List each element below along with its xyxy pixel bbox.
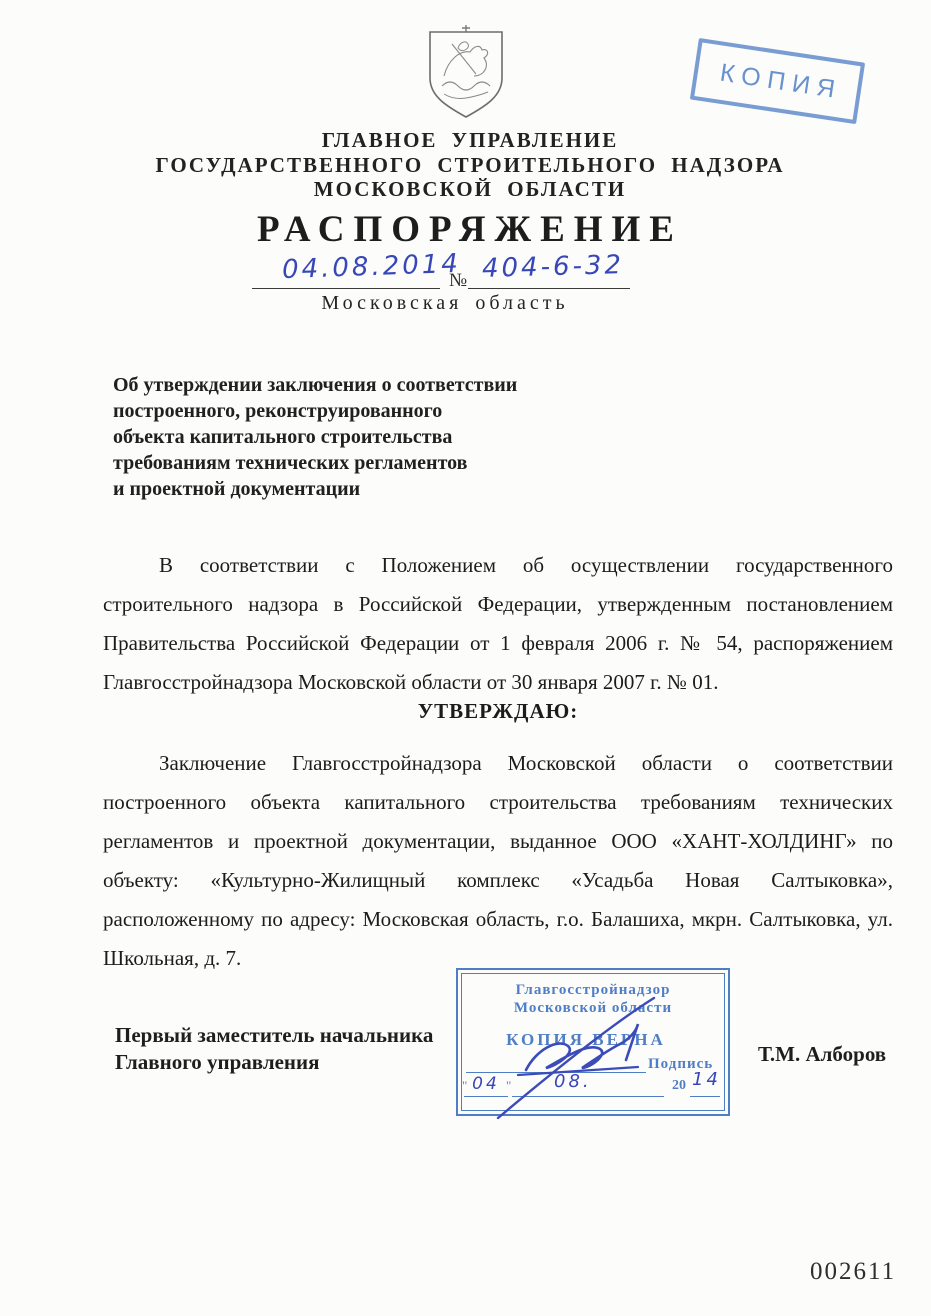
document-title: РАСПОРЯЖЕНИЕ bbox=[60, 208, 880, 251]
copy-stamp: КОПИЯ bbox=[690, 38, 865, 124]
place-line: Московская область bbox=[100, 292, 790, 315]
subject-line: объекта капитального строительства bbox=[113, 424, 593, 450]
subject-line: Об утверждении заключения о соответствии bbox=[113, 372, 593, 398]
approve-heading: УТВЕРЖДАЮ: bbox=[103, 699, 893, 724]
org-line-1: ГЛАВНОЕ УПРАВЛЕНИЕ bbox=[60, 128, 880, 153]
org-line-2: ГОСУДАРСТВЕННОГО СТРОИТЕЛЬНОГО НАДЗОРА bbox=[60, 153, 880, 178]
org-line-3: МОСКОВСКОЙ ОБЛАСТИ bbox=[60, 177, 880, 202]
signer-name: Т.М. Алборов bbox=[758, 1042, 918, 1067]
subject-line: построенного, реконструированного bbox=[113, 398, 593, 424]
subject-line: требованиям технических регламентов bbox=[113, 450, 593, 476]
org-header: ГЛАВНОЕ УПРАВЛЕНИЕ ГОСУДАРСТВЕННОГО СТРО… bbox=[60, 128, 880, 202]
subject-line: и проектной документации bbox=[113, 476, 593, 502]
date-number-line: 04.08.2014 № 404-6-32 bbox=[250, 256, 690, 296]
date-underline bbox=[252, 288, 440, 289]
coat-of-arms-icon bbox=[414, 24, 518, 124]
body-paragraph-2: Заключение Главгосстройнадзора Московско… bbox=[103, 744, 893, 978]
body-paragraph-1: В соответствии с Положением об осуществл… bbox=[103, 546, 893, 702]
signer-position-line-2: Главного управления bbox=[115, 1049, 535, 1076]
handwritten-number: 404-6-32 bbox=[482, 250, 625, 284]
handwritten-date: 04.08.2014 bbox=[282, 249, 462, 285]
signer-position-line-1: Первый заместитель начальника bbox=[115, 1022, 535, 1049]
subject-block: Об утверждении заключения о соответствии… bbox=[113, 372, 593, 502]
page-number: 002611 bbox=[810, 1258, 920, 1286]
copy-stamp-label: КОПИЯ bbox=[711, 57, 844, 105]
number-underline bbox=[468, 288, 630, 289]
signer-position: Первый заместитель начальника Главного у… bbox=[115, 1022, 535, 1076]
number-sign: № bbox=[449, 270, 467, 292]
